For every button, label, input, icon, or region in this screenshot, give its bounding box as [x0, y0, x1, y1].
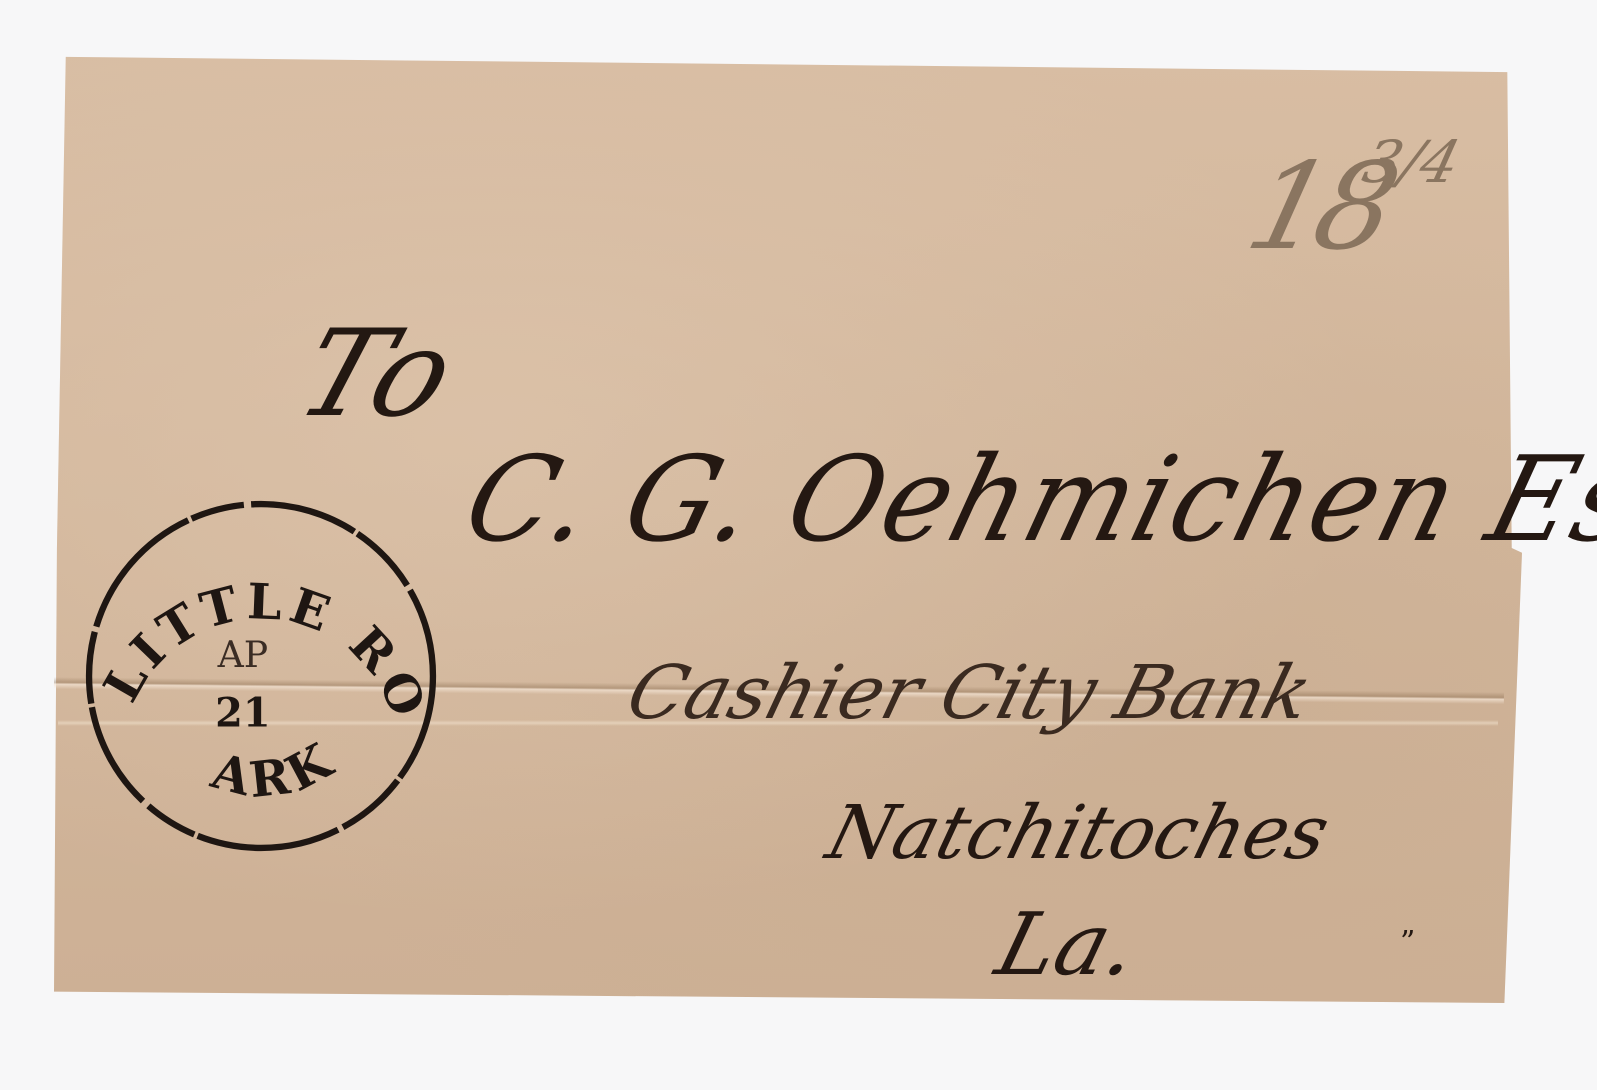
postmark-circle: LITTLE ROCK ARK AP 21 — [80, 495, 442, 857]
address-state: La. — [987, 895, 1150, 995]
postmark-stamp-icon: LITTLE ROCK ARK AP 21 — [80, 495, 442, 857]
svg-text:ARK: ARK — [205, 729, 346, 809]
postmark-month: AP — [217, 633, 268, 676]
addressee-name: C. G. Oehmichen Esq — [452, 432, 1597, 569]
address-city: Natchitoches — [818, 790, 1338, 876]
postmark-day: 21 — [215, 691, 270, 737]
rate-marking: 18 3/4 — [1190, 118, 1450, 348]
ink-marks: ” — [1400, 925, 1415, 960]
rate-fraction: 3/4 — [1357, 128, 1467, 196]
postmark-state: ARK — [205, 729, 346, 809]
addressee-title: Cashier City Bank — [618, 650, 1320, 736]
